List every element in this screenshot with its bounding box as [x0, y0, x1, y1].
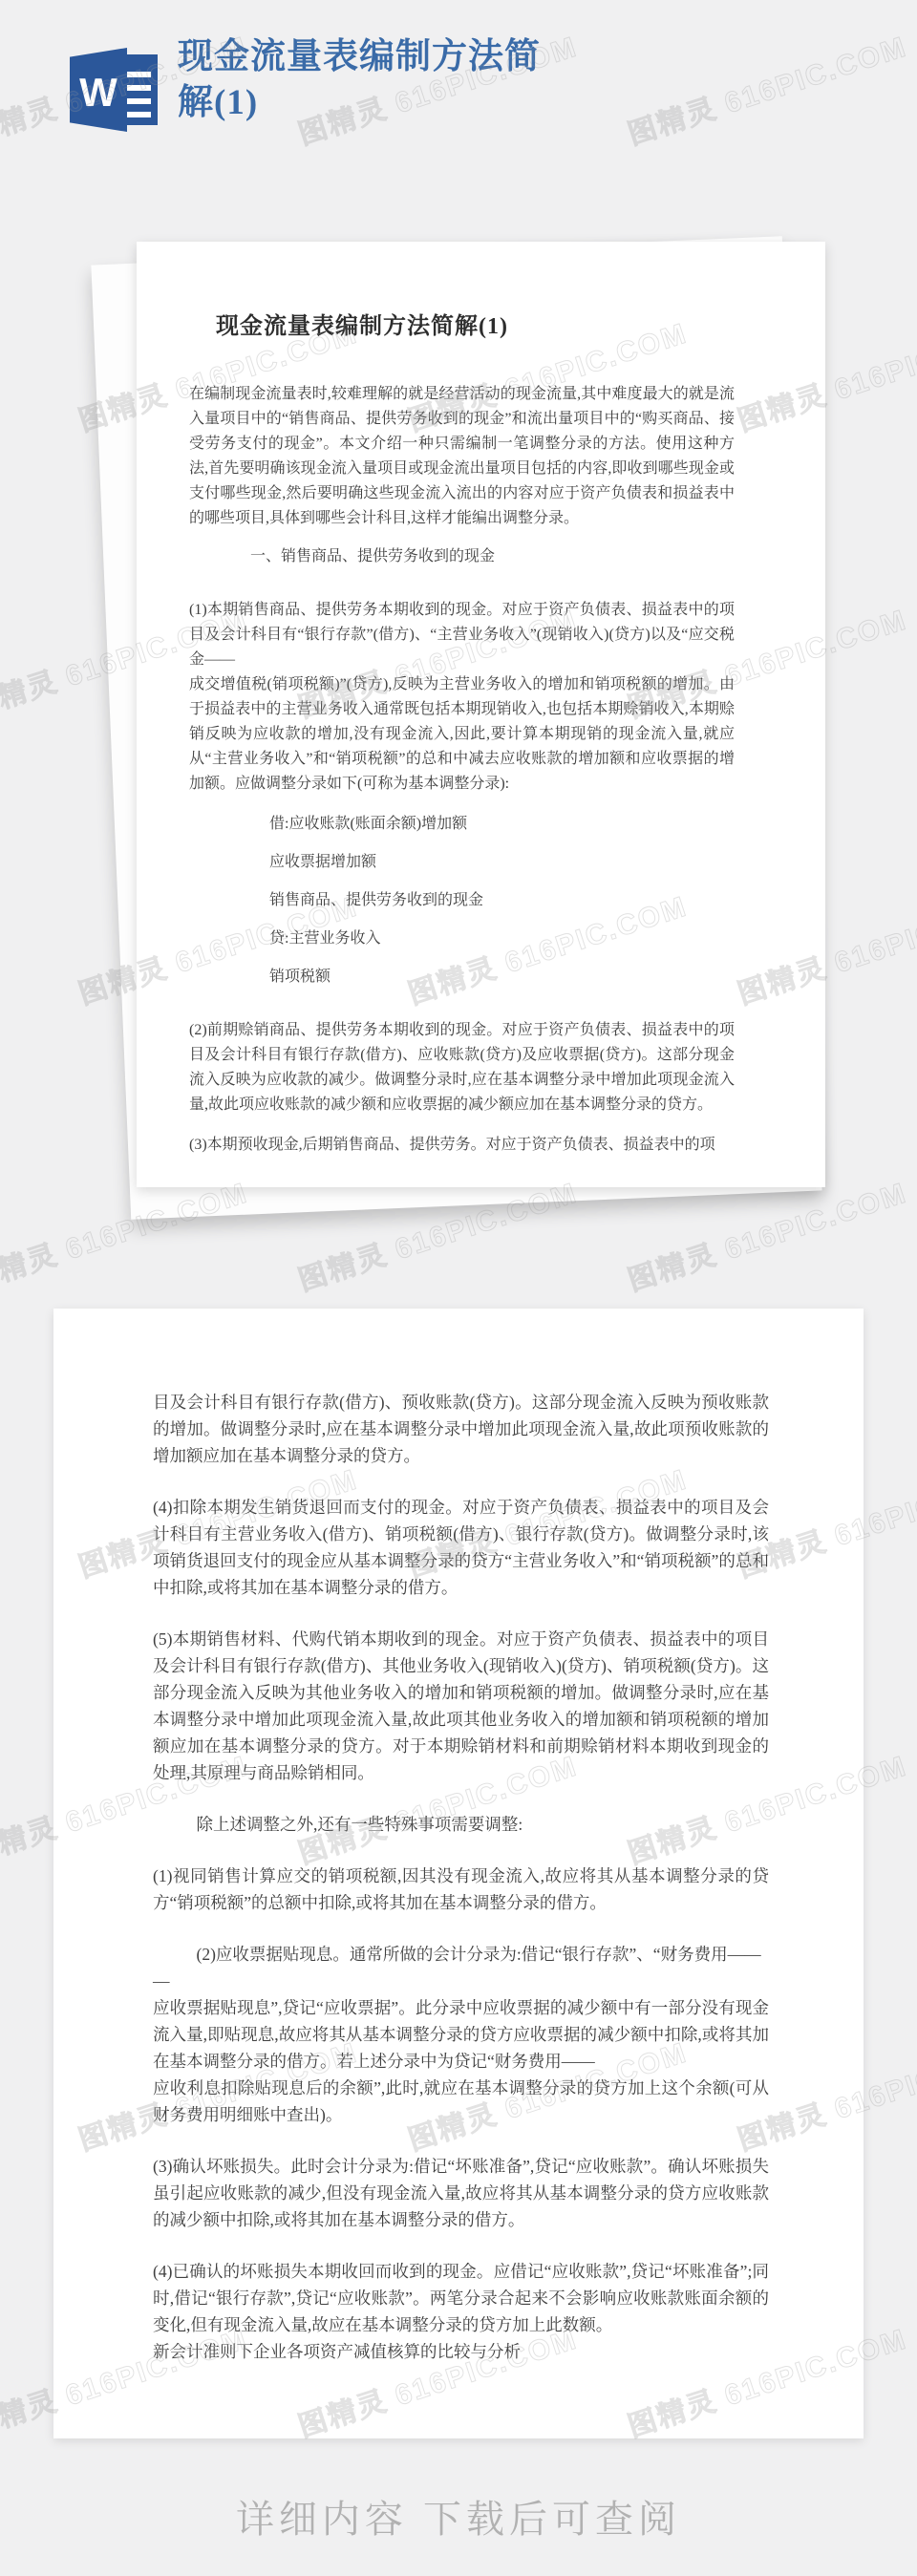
page-title: 现金流量表编制方法简解(1) — [178, 34, 560, 126]
doc-paragraph-item3: (3)本期预收现金,后期销售商品、提供劳务。对应于资产负债表、损益表中的项 — [189, 1133, 735, 1158]
journal-entry-line: 应收票据增加额 — [269, 850, 735, 875]
journal-entry-line: 借:应收账款(账面余额)增加额 — [269, 812, 735, 837]
download-hint-text: 详细内容 下载后可查阅 — [0, 2489, 917, 2544]
doc-paragraph-special1: (1)视同销售计算应交的销项税额,因其没有现金流入,故应将其从基本调整分录的贷方… — [153, 1863, 769, 1916]
document-preview-page-1: 现金流量表编制方法简解(1) 在编制现金流量表时,较难理解的就是经营活动的现金流… — [137, 242, 825, 1187]
word-icon: W — [70, 48, 158, 132]
doc-paragraph-item4: (4)扣除本期发生销货退回而支付的现金。对应于资产负债表、损益表中的项目及会计科… — [153, 1494, 769, 1601]
site-watermark: 图精灵 616PIC.COM — [622, 23, 911, 153]
doc-paragraph-item5: (5)本期销售材料、代购代销本期收到的现金。对应于资产负债表、损益表中的项目及会… — [153, 1626, 769, 1786]
word-icon-cover: W — [70, 48, 127, 132]
doc-paragraph-intro: 在编制现金流量表时,较难理解的就是经营活动的现金流量,其中难度最大的就是流入量项… — [189, 382, 735, 531]
document-preview-page-2: 目及会计科目有银行存款(借方)、预收账款(贷方)。这部分现金流入反映为预收账款的… — [53, 1309, 864, 2438]
doc-title: 现金流量表编制方法简解(1) — [216, 307, 735, 340]
doc-paragraph-item2: (2)前期赊销商品、提供劳务本期收到的现金。对应于资产负债表、损益表中的项目及会… — [189, 1018, 735, 1118]
doc-paragraph-continued: 目及会计科目有银行存款(借方)、预收账款(贷方)。这部分现金流入反映为预收账款的… — [153, 1389, 769, 1469]
doc-paragraph-special2: (2)应收票据贴现息。通常所做的会计分录为:借记“银行存款”、“财务费用—— —… — [153, 1941, 769, 2128]
doc-paragraph-special3: (3)确认坏账损失。此时会计分录为:借记“坏账准备”,贷记“应收账款”。确认坏账… — [153, 2153, 769, 2233]
doc-section-heading: 一、销售商品、提供劳务收到的现金 — [189, 544, 735, 569]
doc-paragraph-special-intro: 除上述调整之外,还有一些特殊事项需要调整: — [153, 1811, 769, 1838]
journal-entry-line: 销项税额 — [269, 965, 735, 990]
journal-entry-line: 贷:主营业务收入 — [269, 926, 735, 951]
word-icon-letter: W — [79, 73, 117, 113]
journal-entry-line: 销售商品、提供劳务收到的现金 — [269, 888, 735, 913]
doc-paragraph-special4: (4)已确认的坏账损失本期收回而收到的现金。应借记“应收账款”,贷记“坏账准备”… — [153, 2258, 769, 2365]
doc-paragraph-item1: (1)本期销售商品、提供劳务本期收到的现金。对应于资产负债表、损益表中的项目及会… — [189, 598, 735, 797]
